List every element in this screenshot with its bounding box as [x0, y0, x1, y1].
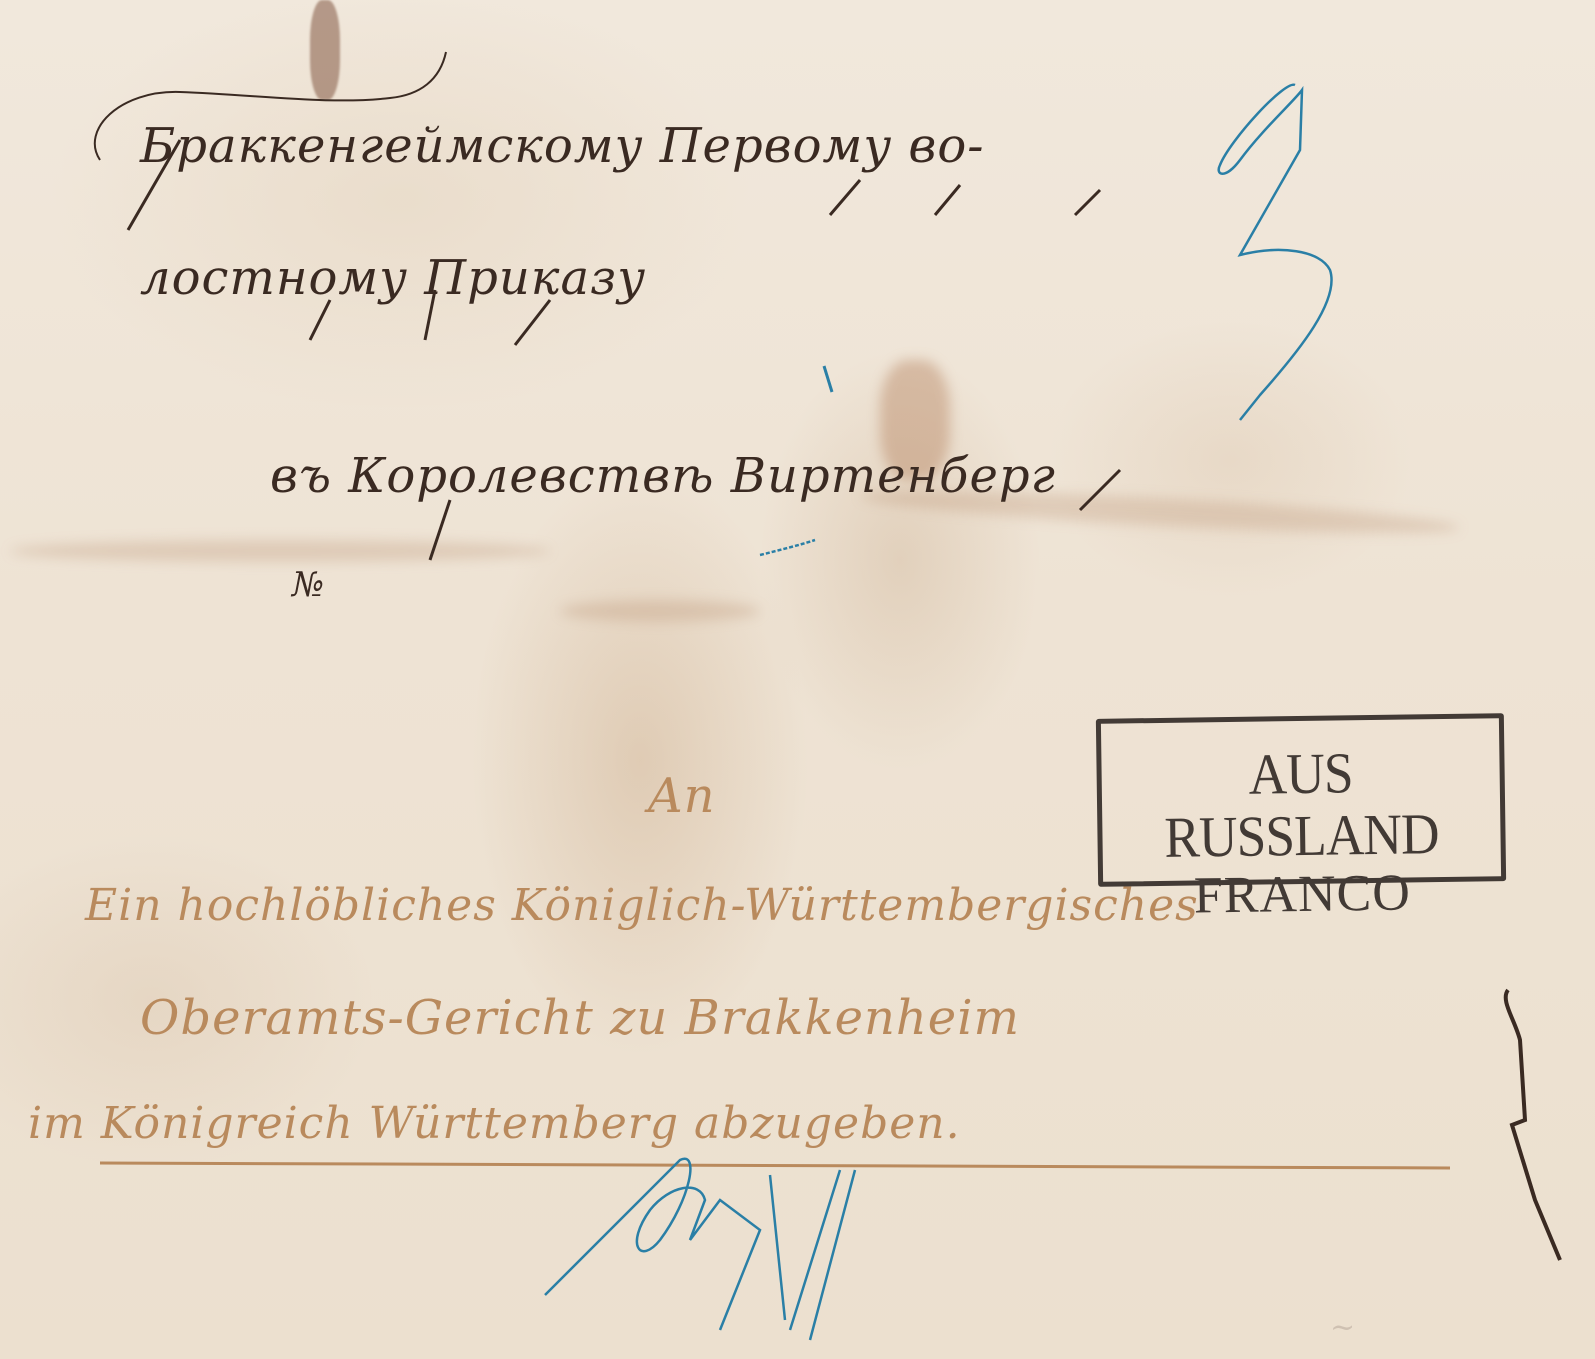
ink-strokes	[0, 0, 1595, 1359]
aus-russland-franco-handstamp: AUS RUSSLAND FRANCO	[1096, 713, 1506, 887]
russian-address-line-2: лостному Приказу	[140, 250, 646, 306]
german-address-line-3: im Königreich Württemberg abzugeben.	[28, 1098, 961, 1149]
postal-cover: Браккенгеймскому Первому во- лостному Пр…	[0, 0, 1595, 1359]
underline-stroke	[100, 1163, 1450, 1168]
russian-address-line-1: Браккенгеймскому Первому во-	[140, 118, 984, 174]
handstamp-line-1: AUS RUSSLAND	[1117, 740, 1485, 869]
russian-address-number: №	[292, 565, 325, 605]
bracket-stroke	[1506, 990, 1560, 1260]
russian-address-line-3: въ Королевствѣ Виртенберг	[270, 448, 1056, 504]
german-address-line-2: Oberamts-Gericht zu Brakkenheim	[140, 990, 1020, 1046]
faint-pencil-note: ~	[1330, 1310, 1355, 1345]
blue-initials-stroke	[545, 1159, 855, 1340]
german-address-line-1: Ein hochlöbliches Königlich-Württembergi…	[85, 880, 1199, 931]
german-address-salutation: An	[648, 768, 716, 824]
blue-rate-numeral-stroke	[1219, 85, 1332, 420]
